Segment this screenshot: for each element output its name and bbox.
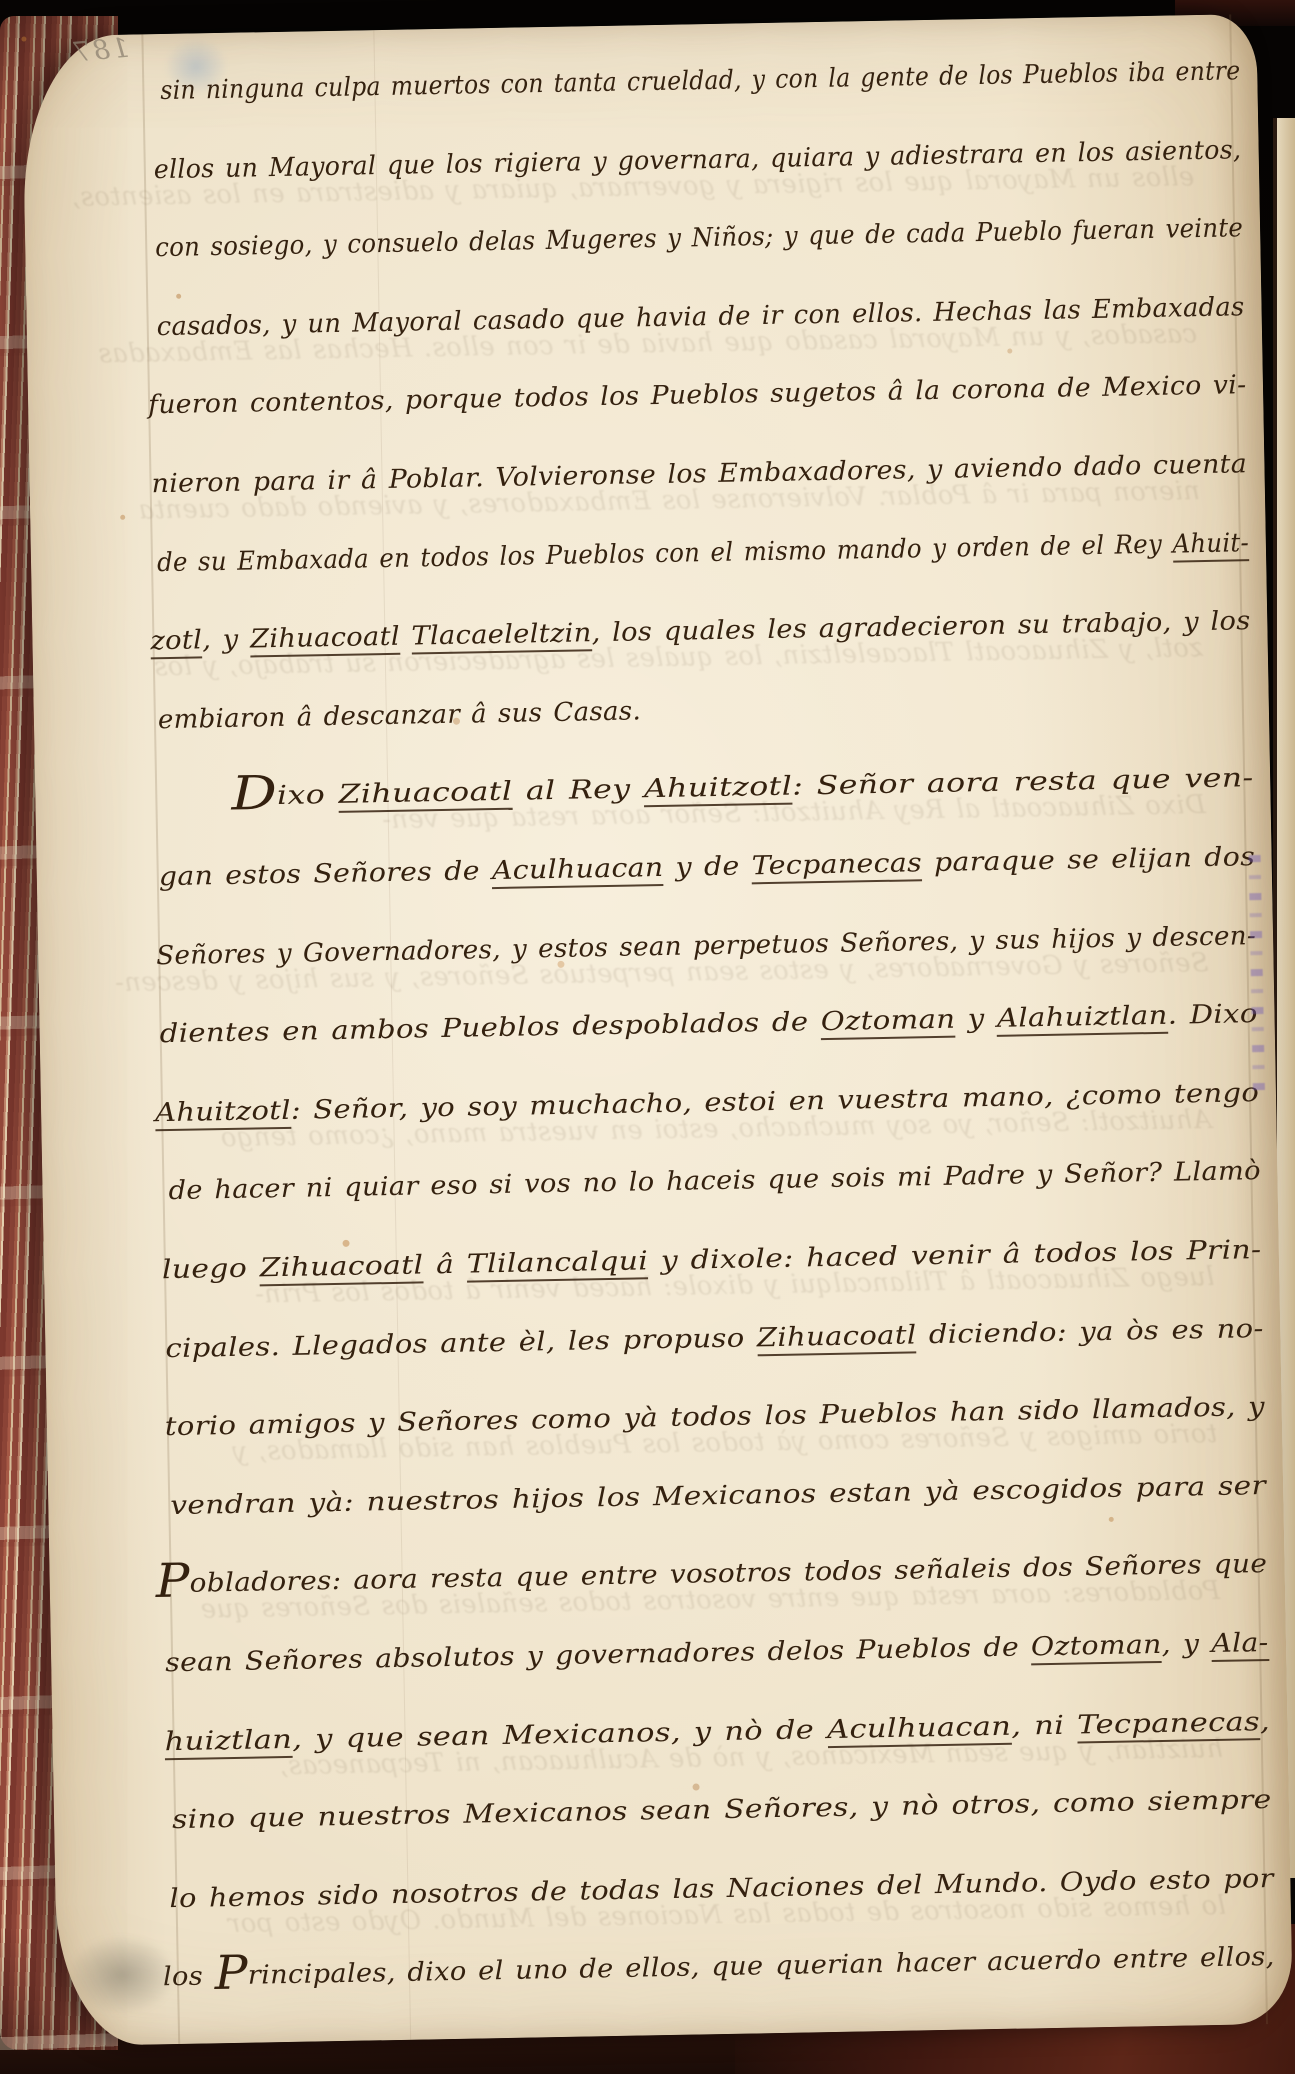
line-text: : Señor aora resta que ven- <box>792 764 1254 802</box>
underlined-proper-name: zotl <box>150 626 202 660</box>
underlined-proper-name: Tecpanecas <box>1077 1707 1260 1743</box>
manuscript-line: zotl, y Zihuacoatl Tlacaeleltzin, los qu… <box>150 606 1251 656</box>
manuscript-line: vendran yà: nuestros hijos los Mexicanos… <box>170 1471 1266 1521</box>
line-text: ixo <box>277 780 339 811</box>
line-text: dientes en ambos Pueblos despoblados de <box>159 1007 821 1049</box>
line-text: : Señor, yo soy muchacho, estoi en vuest… <box>291 1078 1260 1126</box>
underlined-proper-name: Tlacaeleltzin <box>411 618 592 654</box>
line-text: embiaron â descanzar â sus Casas. <box>158 696 642 735</box>
underlined-proper-name: Oztoman <box>821 1005 956 1040</box>
line-text: lo hemos sido nosotros de todas las Naci… <box>169 1864 1274 1914</box>
manuscript-line: lo hemos sido nosotros de todas las Naci… <box>169 1864 1274 1914</box>
line-text: , ni <box>1011 1710 1078 1741</box>
manuscript-line: los Principales, dixo el uno de ellos, q… <box>163 1942 1275 1992</box>
manuscript-photo: 187 ellos un Mayoral que los rigiera y g… <box>0 0 1295 2074</box>
manuscript-line: sin ninguna culpa muertos con tanta crue… <box>160 56 1241 106</box>
line-text: luego <box>162 1253 260 1285</box>
underlined-proper-name: Ahuitzotl <box>644 772 793 808</box>
manuscript-page: 187 ellos un Mayoral que los rigiera y g… <box>21 14 1293 2046</box>
line-text: , y que sean Mexicanos, y nò de <box>292 1715 827 1755</box>
underlined-proper-name: Zihuacoatl <box>250 622 400 658</box>
line-text: . Dixo <box>1167 999 1258 1031</box>
underlined-proper-name: Aculhuacan <box>827 1711 1012 1747</box>
manuscript-line: de su Embaxada en todos los Pueblos con … <box>157 528 1249 578</box>
line-text: al Rey <box>512 775 644 807</box>
line-text: P <box>155 1555 190 1610</box>
line-text: , <box>1260 1707 1271 1737</box>
manuscript-line: con sosiego, y consuelo delas Mugeres y … <box>155 213 1243 263</box>
manuscript-line: embiaron â descanzar â sus Casas. <box>158 696 642 735</box>
line-text: sino que nuestros Mexicanos sean Señores… <box>172 1785 1272 1835</box>
manuscript-line: gan estos Señores de Aculhuacan y de Tec… <box>159 842 1256 892</box>
manuscript-line: torio amigos y Señores como yà todos los… <box>165 1392 1265 1442</box>
line-text: rincipales, dixo el uno de ellos, que qu… <box>247 1942 1274 1991</box>
line-text: paraque se elijan dos <box>922 842 1256 878</box>
underlined-proper-name: Tecpanecas <box>751 848 922 884</box>
underlined-proper-name: Aculhuacan <box>492 853 664 889</box>
underlined-proper-name: Tlilancalqui <box>467 1246 649 1282</box>
foxing-spots <box>21 36 26 41</box>
line-text: y de <box>663 851 752 883</box>
underlined-proper-name: huiztlan <box>164 1725 292 1760</box>
manuscript-line: ellos un Mayoral que los rigiera y gover… <box>154 135 1242 185</box>
manuscript-line: cipales. Llegados ante èl, les propuso Z… <box>165 1314 1264 1364</box>
underlined-proper-name: Alahuiztlan <box>997 1001 1168 1037</box>
line-text: , y <box>1161 1629 1211 1660</box>
manuscript-line: Señores y Governadores, y estos sean per… <box>156 921 1256 971</box>
underlined-proper-name: Oztoman <box>1031 1630 1162 1665</box>
line-text: vendran yà: nuestros hijos los Mexicanos… <box>170 1471 1266 1521</box>
line-text: sean Señores absolutos y governadores de… <box>165 1632 1031 1678</box>
line-text: P <box>214 1947 248 2002</box>
manuscript-line: luego Zihuacoatl â Tlilancalqui y dixole… <box>162 1235 1262 1285</box>
line-text: casados, y un Mayoral casado que havia d… <box>156 292 1244 342</box>
manuscript-line: dientes en ambos Pueblos despoblados de … <box>159 999 1258 1049</box>
underlined-proper-name: Ala- <box>1211 1628 1269 1662</box>
manuscript-line: sino que nuestros Mexicanos sean Señores… <box>172 1785 1272 1835</box>
line-text: con sosiego, y consuelo delas Mugeres y … <box>155 213 1243 263</box>
manuscript-line: fueron contentos, porque todos los Puebl… <box>148 371 1247 421</box>
line-text <box>400 622 412 652</box>
underlined-proper-name: Zihuacoatl <box>259 1250 423 1286</box>
line-text: y <box>955 1004 997 1035</box>
underlined-proper-name: Ahuit- <box>1172 528 1249 562</box>
manuscript-line: de hacer ni quiar eso si vos no lo hacei… <box>168 1156 1261 1206</box>
manuscript-line: Pobladores: aora resta que entre vosotro… <box>155 1549 1267 1599</box>
underlined-proper-name: Ahuitzotl <box>155 1096 291 1131</box>
line-text: D <box>231 767 278 822</box>
line-text: de su Embaxada en todos los Pueblos con … <box>157 529 1173 578</box>
manuscript-line: huiztlan, y que sean Mexicanos, y nò de … <box>164 1707 1270 1757</box>
line-text: obladores: aora resta que entre vosotros… <box>189 1549 1267 1599</box>
text-layer: sin ninguna culpa muertos con tanta crue… <box>21 14 1293 2046</box>
line-text: torio amigos y Señores como yà todos los… <box>165 1392 1265 1442</box>
line-text: â <box>423 1250 467 1281</box>
line-text: nieron para ir â Poblar. Volvieronse los… <box>151 449 1247 499</box>
manuscript-line: nieron para ir â Poblar. Volvieronse los… <box>151 449 1247 499</box>
line-text: , y <box>202 625 250 656</box>
line-text: y dixole: haced venir â todos los Prin- <box>648 1235 1262 1276</box>
line-text: ellos un Mayoral que los rigiera y gover… <box>154 135 1242 185</box>
line-text: cipales. Llegados ante èl, les propuso <box>165 1323 757 1364</box>
manuscript-line: casados, y un Mayoral casado que havia d… <box>156 292 1244 342</box>
manuscript-line: Ahuitzotl: Señor, yo soy muchacho, estoi… <box>155 1078 1260 1128</box>
line-text: de hacer ni quiar eso si vos no lo hacei… <box>168 1156 1261 1206</box>
underlined-proper-name: Zihuacoatl <box>338 777 512 813</box>
line-text: diciendo: ya òs es no- <box>916 1314 1264 1350</box>
line-text: fueron contentos, porque todos los Puebl… <box>148 371 1247 421</box>
line-text: , los quales les agradecieron su trabajo… <box>591 606 1251 648</box>
manuscript-line: sean Señores absolutos y governadores de… <box>165 1628 1269 1678</box>
line-text: Señores y Governadores, y estos sean per… <box>156 921 1256 971</box>
line-text: sin ninguna culpa muertos con tanta crue… <box>160 56 1241 106</box>
line-text: gan estos Señores de <box>159 856 493 892</box>
manuscript-line: Dixo Zihuacoatl al Rey Ahuitzotl: Señor … <box>231 764 1254 813</box>
underlined-proper-name: Zihuacoatl <box>757 1320 917 1356</box>
